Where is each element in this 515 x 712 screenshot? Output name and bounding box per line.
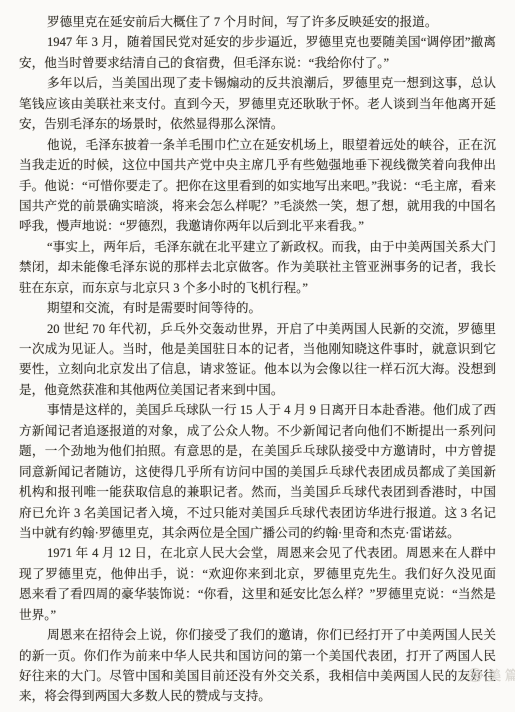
text-line: 好往来的大门。尽管中国和美国目前还没有外交关系，我相信中美两国人民的友好往	[19, 666, 496, 686]
text-line: 恩来看了看四周的豪华装饰说：“你看，这里和延安比怎么样？”罗德里克说：“当然是两…	[19, 584, 496, 604]
paragraph: 他说，毛泽东披着一条羊毛围巾伫立在延安机场上，眼望着远处的峡谷，正在沉思。当我走…	[19, 135, 496, 237]
meipian-watermark: 美篇	[467, 665, 515, 684]
text-line: 事情是这样的，美国乒乓球队一行 15 人于 4 月 9 日离开日本赴香港。他们成…	[19, 400, 496, 420]
text-line: 来，将会得到两国大多数人民的赞成与支持。	[19, 686, 496, 706]
text-line: 是，他竟然获准和其他两位美国记者来到中国。	[19, 380, 496, 400]
text-line: 现了罗德里克，他伸出手，说：“欢迎你来到北京，罗德里克先生。我们好久没见面了。”…	[19, 564, 496, 584]
text-line: 周恩来在招待会上说，你们接受了我们的邀请，你们已经打开了中美两国人民关系	[19, 625, 496, 645]
text-line: “事实上，两年后，毛泽东就在北平建立了新政权。而我，由于中美两国关系大门的	[19, 237, 496, 257]
text-line: 当中就有约翰·罗德里克，其余两位是全国广播公司的约翰·里奇和杰克·雷诺兹。	[19, 523, 496, 543]
text-line: 罗德里克在延安前后大概住了 7 个月时间，写了许多反映延安的报道。	[19, 12, 496, 32]
paragraph: “事实上，两年后，毛泽东就在北平建立了新政权。而我，由于中美两国关系大门的禁闭，…	[19, 237, 496, 298]
paragraph: 周恩来在招待会上说，你们接受了我们的邀请，你们已经打开了中美两国人民关系的新一页…	[19, 625, 496, 707]
text-line: 手。他说：“可惜你要走了。把你在这里看到的如实地写出来吧。”我说：“毛主席，看来…	[19, 176, 496, 196]
text-line: 府已允许 3 名美国记者入境，不过只能对美国乒乓球代表团访华进行报道。这 3 名…	[19, 503, 496, 523]
text-line: 方新闻记者追逐报道的对象，成了公众人物。不少新闻记者向他们不断提出一系列问	[19, 421, 496, 441]
paragraph: 20 世纪 70 年代初，乒乓外交轰动世界，开启了中美两国人民新的交流，罗德里克…	[19, 319, 496, 401]
text-line: 一次成为见证人。当时，他是美国驻日本的记者，当他刚知晓这件事时，就意识到它的重	[19, 339, 496, 359]
text-line: 驻在东京，而东京与北京只 3 个多小时的飞机行程。”	[19, 278, 496, 298]
meipian-flower-icon	[467, 667, 483, 683]
watermark-text: 美篇	[488, 665, 515, 684]
text-line: 当我走近的时候，这位中国共产党中央主席几乎有些勉强地垂下视线微笑着向我伸出了	[19, 155, 496, 175]
text-line: 机构和报刊唯一能获取信息的兼职记者。然而，当美国乒乓球代表团到香港时，中国政	[19, 482, 496, 502]
text-line: 世界。”	[19, 605, 496, 625]
text-line: 1947 年 3 月，随着国民党对延安的步步逼近，罗德里克也要随美国“调停团”撤…	[19, 32, 496, 52]
paragraph: 罗德里克在延安前后大概住了 7 个月时间，写了许多反映延安的报道。	[19, 12, 496, 32]
text-line: 多年以后，当美国出现了麦卡锡煽动的反共浪潮后，罗德里克一想到这事，总认为那	[19, 73, 496, 93]
text-line: 笔钱应该由美联社来支付。直到今天，罗德里克还耿耿于怀。老人谈到当年他离开延	[19, 94, 496, 114]
article-text: 罗德里克在延安前后大概住了 7 个月时间，写了许多反映延安的报道。1947 年 …	[19, 12, 496, 707]
text-line: 安，他当时曾要求结清自己的食宿费，但毛泽东说：“我给你付了。”	[19, 53, 496, 73]
text-line: 国共产党的前景确实暗淡，将来会怎么样呢？”毛淡然一笑，想了想，就用我的中国名字称	[19, 196, 496, 216]
text-line: 呼我，慢声地说：“罗德烈，我邀请你两年以后到北平来看我。”	[19, 216, 496, 236]
text-line: 要性，立刻向北京发出了信息，请求签证。他本以为会像以往一样石沉大海。没想到的	[19, 359, 496, 379]
text-line: 同意新闻记者随访，这使得几乎所有访问中国的美国乒乓球代表团成员都成了美国新闻	[19, 462, 496, 482]
text-line: 1971 年 4 月 12 日，在北京人民大会堂，周恩来会见了代表团。周恩来在人…	[19, 543, 496, 563]
text-line: 的新一页。你们作为前来中华人民共和国访问的第一个美国代表团，打开了两国人民友	[19, 646, 496, 666]
text-line: 禁闭，却未能像毛泽东说的那样去北京做客。作为美联社主管亚洲事务的记者，我长期	[19, 257, 496, 277]
paragraph: 多年以后，当美国出现了麦卡锡煽动的反共浪潮后，罗德里克一想到这事，总认为那笔钱应…	[19, 73, 496, 134]
paragraph: 期望和交流，有时是需要时间等待的。	[19, 298, 496, 318]
paragraph: 1971 年 4 月 12 日，在北京人民大会堂，周恩来会见了代表团。周恩来在人…	[19, 543, 496, 625]
text-line: 安，告别毛泽东的场景时，依然显得那么深情。	[19, 114, 496, 134]
text-line: 期望和交流，有时是需要时间等待的。	[19, 298, 496, 318]
book-page: 罗德里克在延安前后大概住了 7 个月时间，写了许多反映延安的报道。1947 年 …	[0, 0, 515, 712]
text-line: 他说，毛泽东披着一条羊毛围巾伫立在延安机场上，眼望着远处的峡谷，正在沉思。	[19, 135, 496, 155]
text-line: 题，一个劲地为他们拍照。有意思的是，在美国乒乓球队接受中方邀请时，中方曾提出不	[19, 441, 496, 461]
text-line: 20 世纪 70 年代初，乒乓外交轰动世界，开启了中美两国人民新的交流，罗德里克…	[19, 319, 496, 339]
paragraph: 事情是这样的，美国乒乓球队一行 15 人于 4 月 9 日离开日本赴香港。他们成…	[19, 400, 496, 543]
paragraph: 1947 年 3 月，随着国民党对延安的步步逼近，罗德里克也要随美国“调停团”撤…	[19, 32, 496, 73]
